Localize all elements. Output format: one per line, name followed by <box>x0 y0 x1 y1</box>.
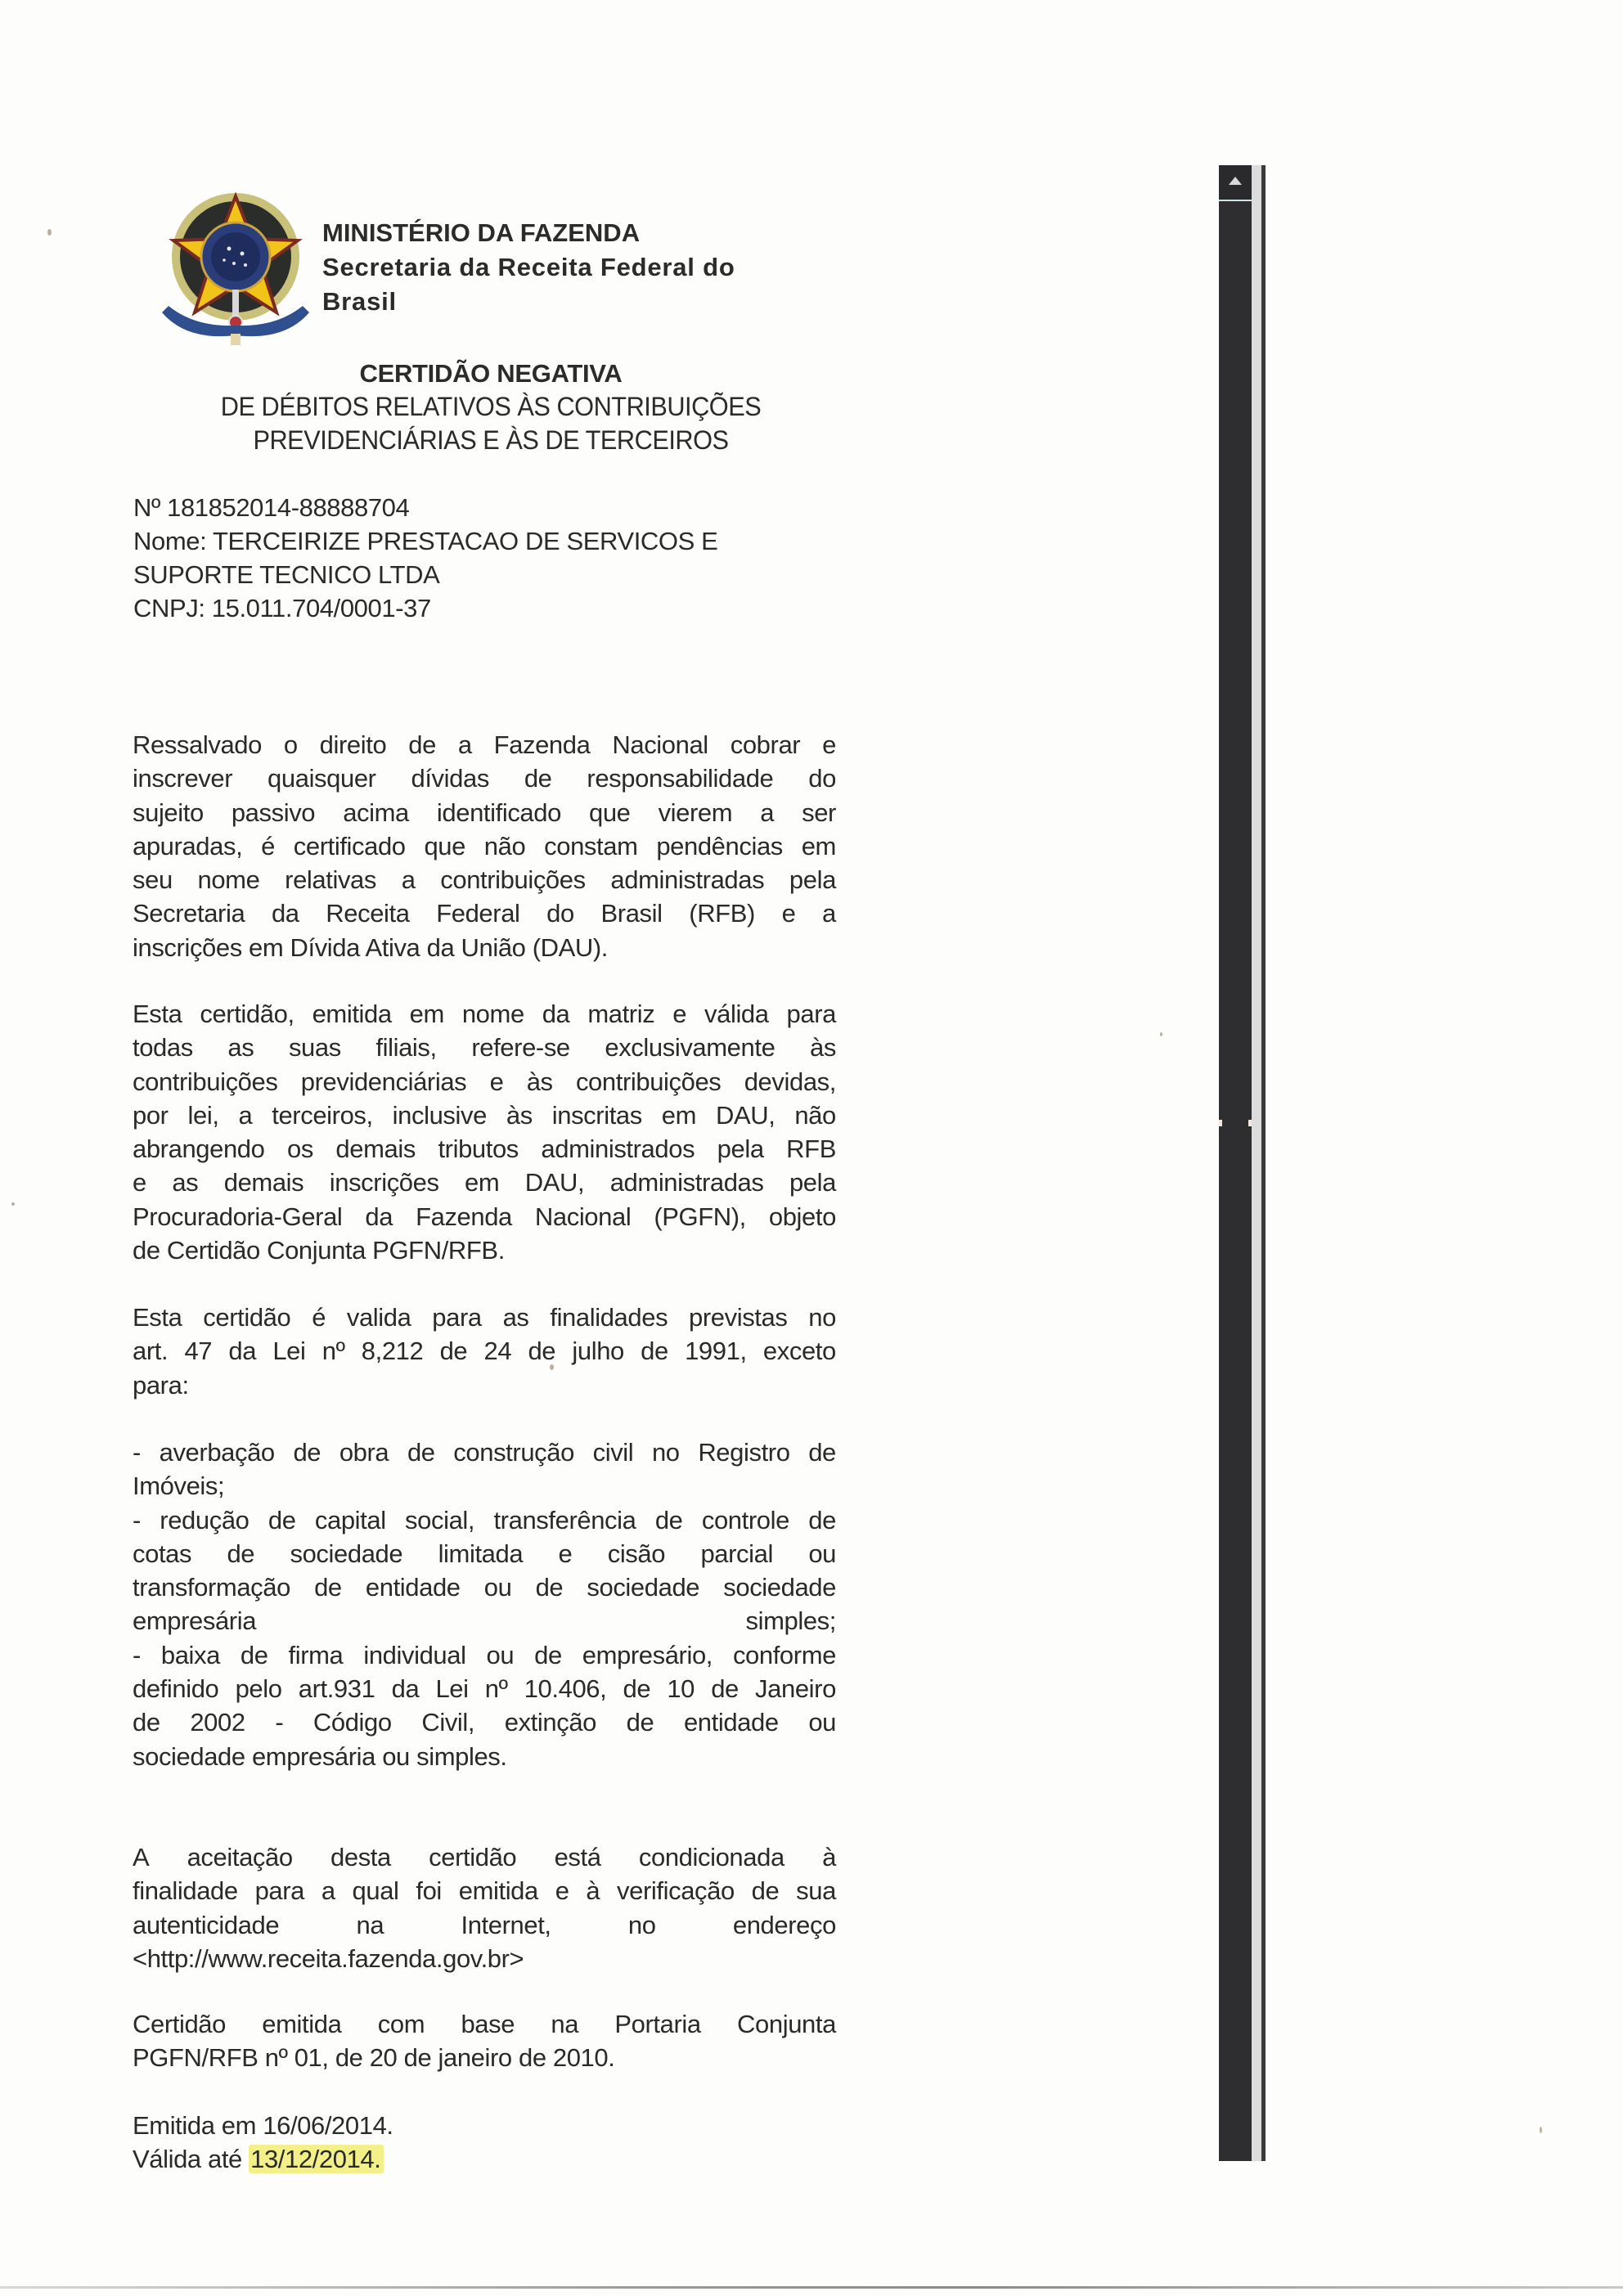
header-text: MINISTÉRIO DA FAZENDA Secretaria da Rece… <box>322 216 735 319</box>
paragraph-validity: Estacertidãoévalidaparaasfinalidadesprev… <box>133 1301 836 1402</box>
scan-speck <box>550 1364 554 1370</box>
paragraph-line: <http://www.receita.fazenda.gov.br> <box>133 1942 836 1975</box>
paragraph-line: contribuiçõesprevidenciáriaseàscontribui… <box>133 1065 836 1099</box>
scan-speck <box>1160 1032 1162 1036</box>
valid-until-suffix: . <box>374 2145 380 2173</box>
paragraph-line: sujeitopassivoacimaidentificadoquevierem… <box>133 796 836 829</box>
valid-until-date: 13/12/2014. <box>249 2145 384 2173</box>
issue-validity-dates: Emitida em 16/06/2014. Válida até 13/12/… <box>133 2109 836 2177</box>
scroll-up-button[interactable] <box>1219 165 1252 201</box>
scrollbar-highlight <box>1252 165 1261 2161</box>
valid-until-date-text: 13/12/2014 <box>250 2145 374 2173</box>
paragraph-line: inscrições em Dívida Ativa da União (DAU… <box>133 931 836 964</box>
paragraph-line: finalidadeparaaqualfoiemitidaeàverificaç… <box>133 1874 836 1907</box>
certificate-identification: Nº 181852014-88888704 Nome: TERCEIRIZE P… <box>133 491 717 625</box>
certificate-title: CERTIDÃO NEGATIVA DE DÉBITOS RELATIVOS À… <box>147 357 834 457</box>
triangle-up-icon <box>1229 177 1242 185</box>
paragraph-line: Aaceitaçãodestacertidãoestácondicionadaà <box>133 1840 836 1874</box>
document-header: MINISTÉRIO DA FAZENDA Secretaria da Rece… <box>154 182 890 353</box>
scan-speck <box>1540 2127 1542 2133</box>
paragraph-reservation: RessalvadoodireitodeaFazendaNacionalcobr… <box>133 728 836 964</box>
paragraph-line: transformaçãodeentidadeoudesociedadesoci… <box>133 1570 836 1604</box>
valid-until-label: Válida até <box>133 2145 242 2173</box>
secretariat-name-line2: Brasil <box>322 285 735 319</box>
paragraph-authenticity: Aaceitaçãodestacertidãoestácondicionadaà… <box>133 1840 836 1975</box>
paragraph-line: para: <box>133 1368 836 1402</box>
paragraph-scope: Estacertidão,emitidaemnomedamatrizeválid… <box>133 997 836 1267</box>
paragraph-line: definidopeloart.931daLeinº10.406,de10deJ… <box>133 1672 836 1705</box>
scrollbar-track[interactable] <box>1219 165 1252 2161</box>
paragraph-line: Imóveis; <box>133 1469 836 1503</box>
coat-of-arms-icon <box>154 182 317 349</box>
paragraph-line: abrangendoosdemaistributosadministradosp… <box>133 1132 836 1166</box>
paragraph-line: easdemaisinscriçõesemDAU,administradaspe… <box>133 1166 836 1199</box>
paragraph-line: todasassuasfiliais,refere-seexclusivamen… <box>133 1031 836 1064</box>
title-line2: DE DÉBITOS RELATIVOS ÀS CONTRIBUIÇÕES <box>161 390 820 424</box>
taxpayer-name-line2: SUPORTE TECNICO LTDA <box>133 558 717 591</box>
title-line1: CERTIDÃO NEGATIVA <box>147 357 834 390</box>
paragraph-exceptions: -averbaçãodeobradeconstruçãocivilnoRegis… <box>133 1436 836 1773</box>
valid-until-line: Válida até 13/12/2014. <box>133 2142 836 2176</box>
paragraph-line: autenticidadenaInternet,noendereço <box>133 1908 836 1942</box>
scrollbar-thumb-marker[interactable] <box>1219 1120 1252 1126</box>
paragraph-line: -averbaçãodeobradeconstruçãocivilnoRegis… <box>133 1436 836 1469</box>
vertical-scrollbar[interactable] <box>1219 165 1270 2161</box>
scrollbar-edge <box>1261 165 1266 2161</box>
paragraph-line: sociedade empresária ou simples. <box>133 1740 836 1773</box>
paragraph-line: CertidãoemitidacombasenaPortariaConjunta <box>133 2007 836 2041</box>
taxpayer-name-line1: Nome: TERCEIRIZE PRESTACAO DE SERVICOS E <box>133 524 717 558</box>
paragraph-line: RessalvadoodireitodeaFazendaNacionalcobr… <box>133 728 836 762</box>
paragraph-line: Estacertidãoévalidaparaasfinalidadesprev… <box>133 1301 836 1334</box>
certificate-number: Nº 181852014-88888704 <box>133 491 717 524</box>
issued-date: Emitida em 16/06/2014. <box>133 2109 836 2142</box>
scan-speck <box>47 229 52 236</box>
page-bottom-edge <box>0 2286 1623 2289</box>
paragraph-line: Estacertidão,emitidaemnomedamatrizeválid… <box>133 997 836 1031</box>
paragraph-line: cotasdesociedadelimitadaecisãoparcialou <box>133 1537 836 1570</box>
paragraph-line: art.47daLeinº8,212de24dejulhode1991,exce… <box>133 1334 836 1368</box>
paragraph-line: inscreverquaisquerdívidasderesponsabilid… <box>133 762 836 795</box>
paragraph-line: -reduçãodecapitalsocial,transferênciadec… <box>133 1503 836 1537</box>
paragraph-legal-basis: CertidãoemitidacombasenaPortariaConjunta… <box>133 2007 836 2075</box>
paragraph-line: apuradas,écertificadoquenãoconstampendên… <box>133 829 836 863</box>
paragraph-line: de Certidão Conjunta PGFN/RFB. <box>133 1233 836 1267</box>
paragraph-line: PGFN/RFB nº 01, de 20 de janeiro de 2010… <box>133 2041 836 2074</box>
taxpayer-cnpj: CNPJ: 15.011.704/0001-37 <box>133 591 717 625</box>
secretariat-name-line1: Secretaria da Receita Federal do <box>322 250 735 285</box>
paragraph-line: de2002-CódigoCivil,extinçãodeentidadeou <box>133 1705 836 1739</box>
paragraph-line: Procuradoria-GeraldaFazendaNacional(PGFN… <box>133 1200 836 1233</box>
ministry-name: MINISTÉRIO DA FAZENDA <box>322 216 735 250</box>
paragraph-line: porlei,aterceiros,inclusiveàsinscritasem… <box>133 1099 836 1132</box>
paragraph-line: empresáriasimples; <box>133 1604 836 1638</box>
title-line3: PREVIDENCIÁRIAS E ÀS DE TERCEIROS <box>161 424 820 457</box>
scan-speck <box>11 1202 15 1206</box>
paragraph-line: -baixadefirmaindividualoudeempresário,co… <box>133 1638 836 1672</box>
paragraph-line: seunomerelativasacontribuiçõesadministra… <box>133 863 836 896</box>
paragraph-line: SecretariadaReceitaFederaldoBrasil(RFB)e… <box>133 896 836 930</box>
